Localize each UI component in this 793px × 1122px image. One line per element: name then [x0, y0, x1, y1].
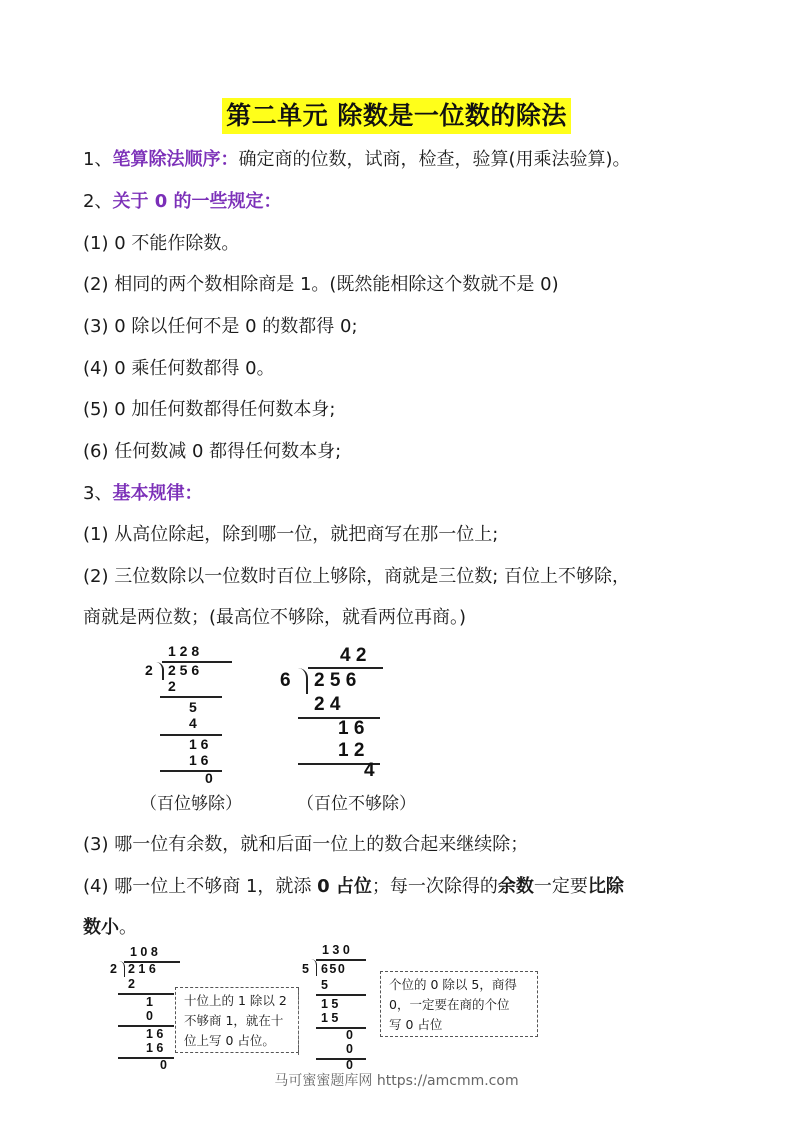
section-1-number: 1、	[83, 149, 112, 170]
long-division-650-by-5: 1 3 0 5 6 5 0 5 1 5 1 5 0 0 0	[302, 943, 367, 1073]
rule-item: (5) 0 加任何数都得任何数本身;	[83, 398, 335, 422]
section-2-heading: 关于 0 的一些规定：	[112, 191, 281, 212]
quotient: 4 2	[340, 645, 366, 667]
rule-2-line-2: 商就是两位数；(最高位不够除，就看两位再商。)	[83, 606, 466, 630]
footer-watermark: 马可蜜蜜题库网 https://amcmm.com	[0, 1070, 793, 1090]
rule-item: (4) 0 乘任何数都得 0。	[83, 357, 275, 381]
rule-4-text: (4) 哪一位上不够商 1，就添	[83, 876, 317, 897]
rule-4-text: 一定要	[534, 876, 588, 897]
rule-3: (3) 哪一位有余数，就和后面一位上的数合起来继续除；	[83, 833, 528, 857]
dividend: 2 5 6	[168, 662, 199, 678]
remainder: 0	[205, 770, 213, 786]
section-1: 1、笔算除法顺序：确定商的位数，试商，检查，验算(用乘法验算)。	[83, 148, 631, 172]
step: 1 6	[189, 736, 208, 752]
section-1-text: 确定商的位数，试商，检查，验算(用乘法验算)。	[238, 149, 630, 170]
title-wrap: 第二单元 除数是一位数的除法	[0, 98, 793, 134]
section-1-heading: 笔算除法顺序：	[112, 149, 238, 170]
division-bracket	[298, 668, 308, 694]
step: 1 6	[146, 1041, 163, 1055]
divide-bar	[308, 667, 383, 669]
step: 4	[189, 715, 197, 731]
step: 1 6	[338, 718, 364, 740]
division-bracket	[119, 961, 125, 977]
step: 2	[168, 678, 176, 694]
section-3-header: 3、基本规律：	[83, 482, 202, 506]
rule-4-emphasis: 数小	[83, 917, 119, 938]
dashed-divider	[298, 990, 299, 1055]
quotient: 1 3 0	[322, 943, 350, 957]
rule-4-line-2: 数小。	[83, 916, 137, 940]
dividend: 6 5 0	[321, 962, 344, 976]
note-line: 写 0 占位	[389, 1015, 529, 1035]
quotient: 1 2 8	[168, 643, 199, 659]
rule-2-line-1: (2) 三位数除以一位数时百位上够除，商就是三位数; 百位上不够除，	[83, 565, 630, 589]
step: 1	[146, 995, 153, 1009]
step: 1 2	[338, 740, 364, 762]
dividend: 2 1 6	[128, 962, 156, 976]
step: 2	[128, 977, 135, 991]
rule-4-text: 。	[119, 917, 137, 938]
caption-hundreds-not-divisible: （百位不够除）	[297, 793, 416, 815]
step: 1 6	[189, 752, 208, 768]
note-box-ex4: 个位的 0 除以 5，商得 0，一定要在商的个位 写 0 占位	[380, 971, 538, 1037]
subtract-line	[316, 1058, 366, 1060]
rule-4-emphasis: 0 占位	[317, 876, 372, 897]
note-line: 0，一定要在商的个位	[389, 995, 529, 1015]
step: 5	[321, 978, 328, 992]
divisor: 6	[280, 670, 291, 692]
rule-4-text: ；每一次除得的	[372, 876, 498, 897]
rule-4-emphasis: 余数	[498, 876, 534, 897]
note-line: 十位上的 1 除以 2	[184, 991, 290, 1011]
long-division-256-by-2: 1 2 8 2 2 5 6 2 5 4 1 6 1 6 0	[145, 643, 230, 783]
subtract-line	[316, 1027, 366, 1029]
step: 0	[146, 1009, 153, 1023]
divisor: 2	[110, 962, 117, 976]
step: 2 4	[314, 694, 340, 716]
rule-item: (3) 0 除以任何不是 0 的数都得 0;	[83, 315, 358, 339]
divisor: 5	[302, 962, 309, 976]
note-line: 位上写 0 占位。	[184, 1031, 290, 1051]
subtract-line	[316, 994, 366, 996]
remainder: 4	[364, 760, 375, 782]
rule-4-line-1: (4) 哪一位上不够商 1，就添 0 占位；每一次除得的余数一定要比除	[83, 875, 624, 899]
step: 0	[346, 1028, 353, 1042]
division-bracket	[156, 662, 164, 680]
long-division-216-by-2: 1 0 8 2 2 1 6 2 1 0 1 6 1 6 0	[110, 945, 180, 1073]
dividend: 2 5 6	[314, 670, 356, 692]
long-division-256-by-6: 4 2 6 2 5 6 2 4 1 6 1 2 4	[280, 645, 390, 780]
section-3-number: 3、	[83, 483, 112, 504]
note-line: 个位的 0 除以 5，商得	[389, 975, 529, 995]
step: 5	[189, 699, 197, 715]
section-2-header: 2、关于 0 的一些规定：	[83, 190, 282, 214]
section-2-number: 2、	[83, 191, 112, 212]
note-box-ex3: 十位上的 1 除以 2 不够商 1，就在十 位上写 0 占位。	[175, 987, 299, 1053]
division-bracket	[311, 959, 317, 976]
divisor: 2	[145, 662, 153, 678]
page-title: 第二单元 除数是一位数的除法	[222, 98, 571, 134]
divide-bar	[316, 959, 366, 961]
note-line: 不够商 1，就在十	[184, 1011, 290, 1031]
section-3-heading: 基本规律：	[112, 483, 202, 504]
step: 0	[346, 1042, 353, 1056]
rule-1: (1) 从高位除起，除到哪一位，就把商写在那一位上;	[83, 523, 498, 547]
rule-item: (2) 相同的两个数相除商是 1。(既然能相除这个数就不是 0)	[83, 273, 559, 297]
step: 1 6	[146, 1027, 163, 1041]
subtract-line	[160, 696, 222, 698]
rule-4-emphasis: 比除	[588, 876, 624, 897]
caption-hundreds-divisible: （百位够除）	[140, 793, 242, 815]
step: 1 5	[321, 1011, 338, 1025]
rule-item: (6) 任何数减 0 都得任何数本身;	[83, 440, 341, 464]
step: 1 5	[321, 997, 338, 1011]
quotient: 1 0 8	[130, 945, 158, 959]
rule-item: (1) 0 不能作除数。	[83, 232, 239, 256]
